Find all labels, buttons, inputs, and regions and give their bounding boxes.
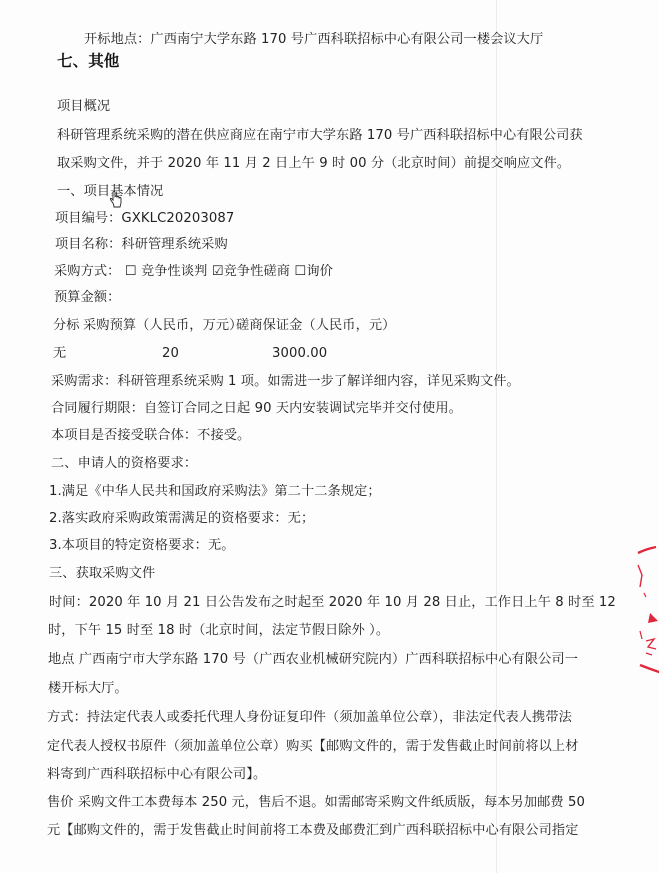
project-name: 项目名称：科研管理系统采购 (55, 237, 228, 253)
procurement-requirement: 采购需求：科研管理系统采购 1 项。如需进一步了解详细内容，详见采购文件。 (51, 374, 520, 390)
budget-header-deposit: 磋商保证金（人民币，元） (236, 318, 395, 334)
budget-header-lot: 分标 (53, 318, 80, 334)
hand-cursor-icon (108, 190, 124, 208)
procurement-method: 采购方式： ☐ 竞争性谈判 ☑竞争性磋商 ☐询价 (54, 264, 333, 280)
opening-location: 开标地点：广西南宁大学东路 170 号广西科联招标中心有限公司一楼会议大厅 (84, 32, 543, 48)
budget-cell-lot: 无 (53, 346, 66, 362)
contract-period: 合同履行期限：自签订合同之日起 90 天内安装调试完毕并交付使用。 (51, 401, 462, 417)
price-line-1: 售价 采购文件工本费每本 250 元，售后不退。如需邮寄采购文件纸质版，每本另加… (47, 795, 585, 811)
project-number: 项目编号：GXKLC20203087 (55, 211, 234, 227)
section-title-other: 七、其他 (57, 53, 119, 69)
consortium-acceptance: 本项目是否接受联合体：不接受。 (51, 428, 250, 444)
method-line-1: 方式：持法定代表人或委托代理人身份证复印件（须加盖单位公章），非法定代表人携带法 (47, 710, 572, 726)
budget-cell-deposit: 3000.00 (272, 346, 327, 362)
overview-title: 项目概况 (57, 99, 110, 115)
budget-cell-amount: 20 (162, 346, 179, 362)
option-inquiry: 询价 (306, 264, 333, 279)
section2-title: 二、申请人的资格要求： (51, 456, 197, 472)
qualification-1: 1.满足《中华人民共和国政府采购法》第二十二条规定； (49, 484, 381, 500)
budget-header-amount: 采购预算（人民币，万元） (83, 318, 242, 334)
checkbox-icon-unchecked: ☐ (294, 264, 306, 280)
checkbox-icon-unchecked: ☐ (125, 264, 137, 280)
red-seal-stamp-fragment (628, 535, 659, 685)
scanned-document-page: 开标地点：广西南宁大学东路 170 号广西科联招标中心有限公司一楼会议大厅 七、… (0, 0, 659, 873)
procurement-method-label: 采购方式： (54, 264, 120, 279)
checkbox-icon-checked: ☑ (212, 264, 224, 280)
qualification-2: 2.落实政府采购政策需满足的资格要求：无； (49, 511, 314, 527)
method-line-2: 定代表人授权书原件（须加盖单位公章）购买【邮购文件的，需于发售截止时间前将以上材 (47, 739, 579, 755)
budget-label: 预算金额： (54, 290, 120, 306)
place-line-2: 楼开标大厅。 (48, 681, 128, 697)
overview-line-2: 取采购文件，并于 2020 年 11 月 2 日上午 9 时 00 分（北京时间… (57, 156, 570, 172)
time-line-2: 时，下午 15 时至 18 时（北京时间，法定节假日除外 ）。 (48, 623, 389, 639)
price-line-2: 元【邮购文件的，需于发售截止时间前将工本费及邮费汇到广西科联招标中心有限公司指定 (47, 823, 579, 839)
qualification-3: 3.本项目的特定资格要求：无。 (49, 538, 235, 554)
method-line-3: 料寄到广西科联招标中心有限公司】。 (47, 767, 266, 783)
option-competitive-negotiation: 竞争性谈判 (137, 264, 208, 279)
option-competitive-consultation: 竞争性磋商 (224, 264, 290, 279)
place-line-1: 地点 广西南宁市大学东路 170 号（广西农业机械研究院内）广西科联招标中心有限… (48, 652, 578, 668)
section3-title: 三、获取采购文件 (49, 566, 155, 582)
overview-line-1: 科研管理系统采购的潜在供应商应在南宁市大学东路 170 号广西科联招标中心有限公… (57, 128, 583, 144)
time-line-1: 时间：2020 年 10 月 21 日公告发布之时起至 2020 年 10 月 … (49, 595, 616, 611)
